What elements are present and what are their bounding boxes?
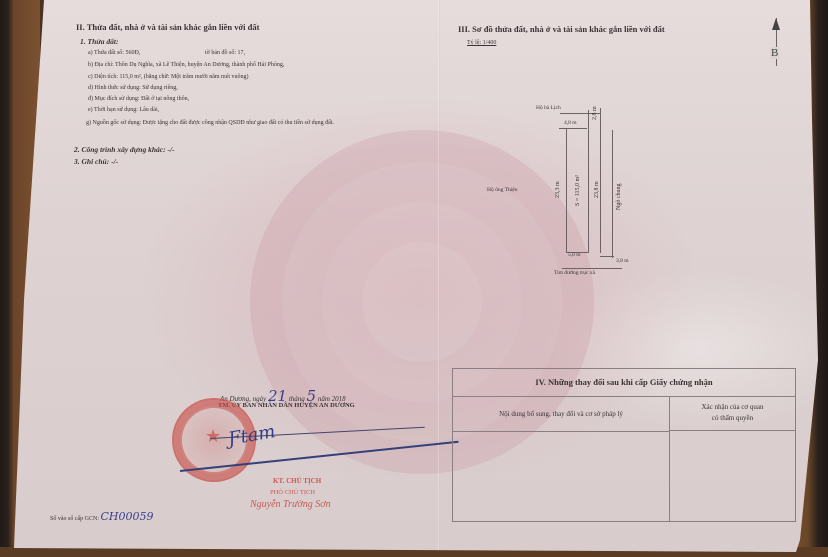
section-2-sub1: 1. Thửa đất: xyxy=(80,37,118,46)
neighbor-right: Ngõ chung xyxy=(616,184,622,211)
usage-form: d) Hình thức sử dụng: Sử dụng riêng, xyxy=(88,85,178,91)
usage-purpose: đ) Mục đích sử dụng: Đất ở tại nông thôn… xyxy=(88,96,189,102)
neighbor-top: Hộ bà Lịch xyxy=(536,105,561,111)
section-2-sub3: 3. Ghi chú: -/- xyxy=(74,157,118,166)
changes-table: IV. Những thay đổi sau khi cấp Giấy chứn… xyxy=(452,368,796,522)
usage-term: e) Thời hạn sử dụng: Lâu dài, xyxy=(88,107,159,113)
area: c) Diện tích: 115,0 m², (bằng chữ: Một t… xyxy=(88,74,249,80)
dim-top-right: 2,8 m xyxy=(592,106,598,120)
dim-bottom: 5,0 m xyxy=(568,252,581,258)
section-3-title: III. Sơ đồ thửa đất, nhà ở và tài sản kh… xyxy=(458,24,665,34)
north-label: B xyxy=(770,47,779,59)
dim-area: S = 115,0 m² xyxy=(575,175,581,206)
section-2-sub2: 2. Công trình xây dựng khác: -/- xyxy=(74,145,175,154)
signer-title-2: PHÓ CHỦ TỊCH xyxy=(270,489,315,496)
north-arrow-icon xyxy=(772,18,780,30)
column-header-content: Nội dung bổ sung, thay đổi và cơ sở pháp… xyxy=(453,397,670,432)
map-sheet-number: tờ bản đồ số: 17, xyxy=(205,50,245,56)
column-header-confirmation-line1: Xác nhận của cơ quan xyxy=(670,402,795,413)
registry-label: Số vào sổ cấp GCN: xyxy=(50,516,99,522)
parcel-number: a) Thửa đất số: 560Đ, xyxy=(88,50,140,56)
dim-right: 23,8 m xyxy=(594,181,600,198)
column-header-confirmation: Xác nhận của cơ quan có thẩm quyền xyxy=(670,397,795,431)
road-bottom: Tim đường trục xã xyxy=(554,270,595,276)
registry-value: CH00059 xyxy=(101,510,154,523)
registry-number: Số vào sổ cấp GCN: CH00059 xyxy=(50,510,154,523)
neighbor-left: Hộ ông Thiện xyxy=(487,187,517,193)
dim-left: 23,3 m xyxy=(555,181,561,198)
scale-label: Tỷ lệ: 1/400 xyxy=(467,40,496,46)
column-header-confirmation-line2: có thẩm quyền xyxy=(670,413,795,424)
content-cell xyxy=(453,432,670,521)
signer-name: Nguyễn Trường Sơn xyxy=(250,499,331,510)
signer-title-1: KT. CHỦ TỊCH xyxy=(273,477,321,485)
address: b) Địa chỉ: Thôn Dụ Nghĩa, xã Lê Thiện, … xyxy=(88,62,284,68)
dim-top: 4,8 m xyxy=(564,120,577,126)
section-4-title: IV. Những thay đổi sau khi cấp Giấy chứn… xyxy=(453,369,795,397)
paper-fold xyxy=(438,0,440,557)
section-2-title: II. Thửa đất, nhà ở và tài sản khác gắn … xyxy=(76,22,259,32)
confirmation-cell xyxy=(670,432,795,521)
usage-origin: g) Nguồn gốc sử dụng: Được tặng cho đất … xyxy=(86,120,334,126)
dim-bottom-right: 3,8 m xyxy=(616,258,629,264)
certificate-page: II. Thửa đất, nhà ở và tài sản khác gắn … xyxy=(0,0,828,557)
